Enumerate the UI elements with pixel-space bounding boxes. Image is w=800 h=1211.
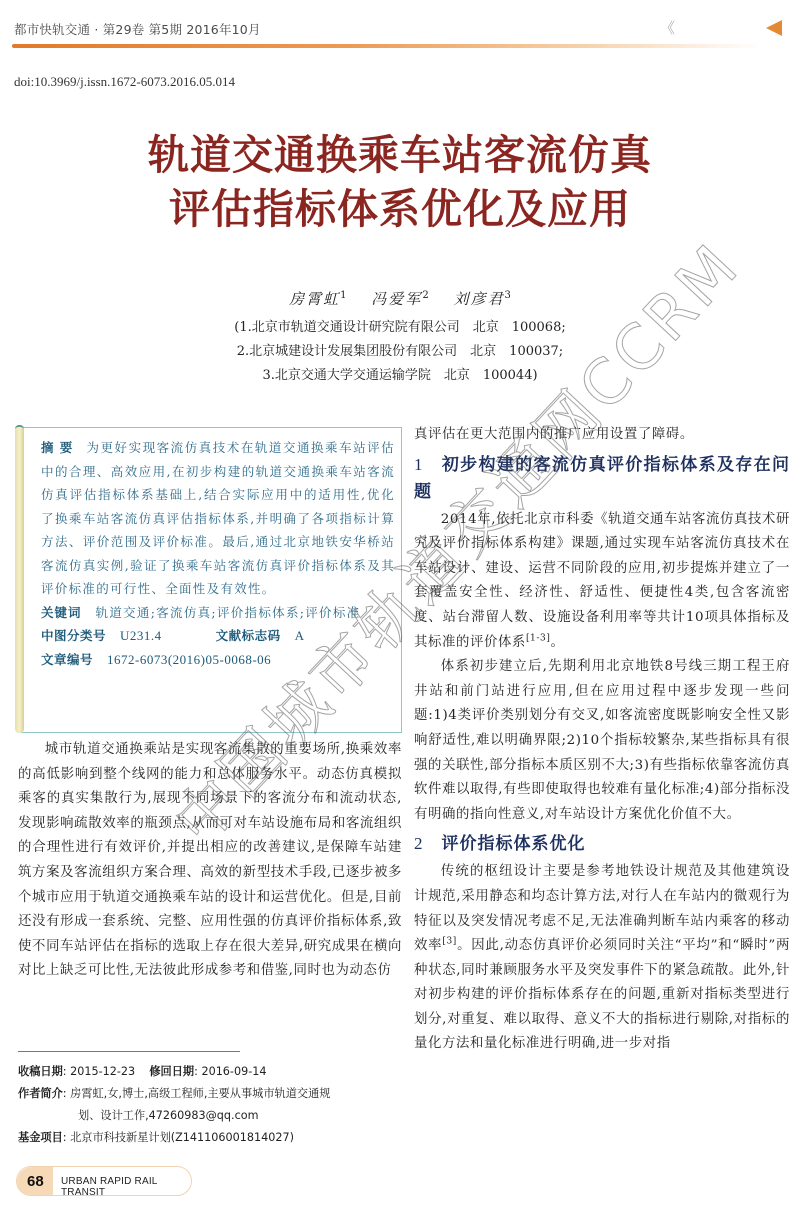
dates-row: 收稿日期: 2015-12-23 修回日期: 2016-09-14 [18, 1061, 408, 1083]
triangle-marker-icon [766, 20, 782, 36]
intro-paragraph-continued: 真评估在更大范围内的推广应用设置了障碍。 [414, 423, 790, 448]
abstract-box: 摘要为更好实现客流仿真技术在轨道交通换乘车站评估中的合理、高效应用,在初步构建的… [18, 427, 402, 733]
header-rule [12, 44, 762, 48]
classification-row: 中图分类号U231.4文献标志码A [41, 624, 395, 648]
section-title: 评价指标体系优化 [442, 834, 586, 854]
intro-paragraph: 城市轨道交通换乘站是实现客流集散的重要场所,换乘效率的高低影响到整个线网的能力和… [18, 738, 402, 984]
double-chevron-icon: 《 [660, 17, 675, 38]
keywords-label: 关键词 [41, 605, 82, 620]
section-1-heading: 1初步构建的客流仿真评价指标体系及存在问题 [414, 451, 790, 506]
author-bio-continued: 划、设计工作,47260983@qq.com [18, 1105, 408, 1127]
author-bio-label: 作者简介 [18, 1087, 63, 1100]
section-1-paragraph-2: 体系初步建立后,先期利用北京地铁8号线三期工程王府井站和前门站进行应用,但在应用… [414, 655, 790, 827]
clc-value: U231.4 [120, 628, 162, 643]
article-no-value: 1672-6073(2016)05-0068-06 [107, 652, 271, 667]
affiliation-2: 2.北京城建设计发展集团股份有限公司 北京 100037; [0, 341, 800, 363]
keywords: 关键词轨道交通;客流仿真;评价指标体系;评价标准 [41, 601, 395, 625]
author-affiliation-mark: 3 [504, 290, 510, 301]
abstract-paragraph: 摘要为更好实现客流仿真技术在轨道交通换乘车站评估中的合理、高效应用,在初步构建的… [41, 436, 395, 601]
keywords-text: 轨道交通;客流仿真;评价指标体系;评价标准 [96, 605, 361, 620]
fund-text: 北京市科技新星计划(Z141106001814027) [70, 1131, 294, 1144]
section-2-paragraph-1: 传统的枢纽设计主要是参考地铁设计规范及其他建筑设计规范,采用静态和均态计算方法,… [414, 860, 790, 1057]
author-bio: 房霄虹,女,博士,高级工程师,主要从事城市轨道交通规 [70, 1087, 330, 1100]
article-no-label: 文章编号 [41, 652, 93, 667]
affiliation-1: (1.北京市轨道交通设计研究院有限公司 北京 100068; [0, 317, 800, 339]
footnotes: 收稿日期: 2015-12-23 修回日期: 2016-09-14 作者简介: … [18, 1061, 408, 1149]
received-date: 2015-12-23 [70, 1065, 135, 1078]
abstract-label: 摘要 [41, 440, 78, 455]
page-number: 68 [27, 1173, 44, 1190]
page-footer-badge: 68 URBAN RAPID RAIL TRANSIT [16, 1166, 192, 1196]
journal-english-name: URBAN RAPID RAIL TRANSIT [61, 1176, 191, 1196]
author-list: 房霄虹1 冯爱军2 刘彦君3 [0, 288, 800, 309]
citation: [1-3] [526, 633, 551, 643]
revised-label: 修回日期 [149, 1065, 194, 1078]
revised-date: 2016-09-14 [201, 1065, 266, 1078]
doi: doi:10.3969/j.issn.1672-6073.2016.05.014 [14, 74, 235, 90]
section-number: 2 [414, 834, 424, 853]
fund-row: 基金项目: 北京市科技新星计划(Z141106001814027) [18, 1127, 408, 1149]
author-name: 房霄虹 [289, 290, 340, 308]
article-title-line-2: 评估指标体系优化及应用 [0, 182, 800, 236]
footnote-rule [18, 1051, 240, 1052]
author-affiliation-mark: 1 [340, 290, 346, 301]
author-name: 冯爱军 [371, 290, 422, 308]
body-right-column: 真评估在更大范围内的推广应用设置了障碍。 1初步构建的客流仿真评价指标体系及存在… [414, 423, 790, 1057]
received-label: 收稿日期 [18, 1065, 63, 1078]
author-bio-row: 作者简介: 房霄虹,女,博士,高级工程师,主要从事城市轨道交通规 [18, 1083, 408, 1105]
abstract-content: 摘要为更好实现客流仿真技术在轨道交通换乘车站评估中的合理、高效应用,在初步构建的… [41, 436, 395, 671]
section-number: 1 [414, 455, 424, 474]
article-title-line-1: 轨道交通换乘车站客流仿真 [0, 128, 800, 182]
doc-code-label: 文献标志码 [216, 628, 281, 643]
doc-code-value: A [295, 628, 305, 643]
paragraph-text: 。因此,动态仿真评价必须同时关注“平均”和“瞬时”两种状态,同时兼顾服务水平及突… [414, 938, 790, 1051]
running-head: 都市快轨交通 · 第29卷 第5期 2016年10月 [14, 20, 261, 38]
section-title: 初步构建的客流仿真评价指标体系及存在问题 [414, 455, 790, 502]
paragraph-text: 2014年,依托北京市科委《轨道交通车站客流仿真技术研究及评价指标体系构建》课题… [414, 512, 790, 650]
section-2-heading: 2评价指标体系优化 [414, 830, 790, 858]
citation: [3] [442, 937, 457, 947]
author-affiliation-mark: 2 [422, 290, 428, 301]
section-1-paragraph-1: 2014年,依托北京市科委《轨道交通车站客流仿真技术研究及评价指标体系构建》课题… [414, 508, 790, 656]
clc-label: 中图分类号 [41, 628, 106, 643]
article-number-row: 文章编号1672-6073(2016)05-0068-06 [41, 648, 395, 672]
author-name: 刘彦君 [453, 290, 504, 308]
abstract-text: 为更好实现客流仿真技术在轨道交通换乘车站评估中的合理、高效应用,在初步构建的轨道… [41, 440, 395, 596]
fund-label: 基金项目 [18, 1131, 63, 1144]
paragraph-text: 。 [550, 635, 564, 650]
affiliation-3: 3.北京交通大学交通运输学院 北京 100044) [0, 365, 800, 387]
body-left-column: 城市轨道交通换乘站是实现客流集散的重要场所,换乘效率的高低影响到整个线网的能力和… [18, 738, 402, 984]
abstract-side-bar [15, 425, 24, 733]
